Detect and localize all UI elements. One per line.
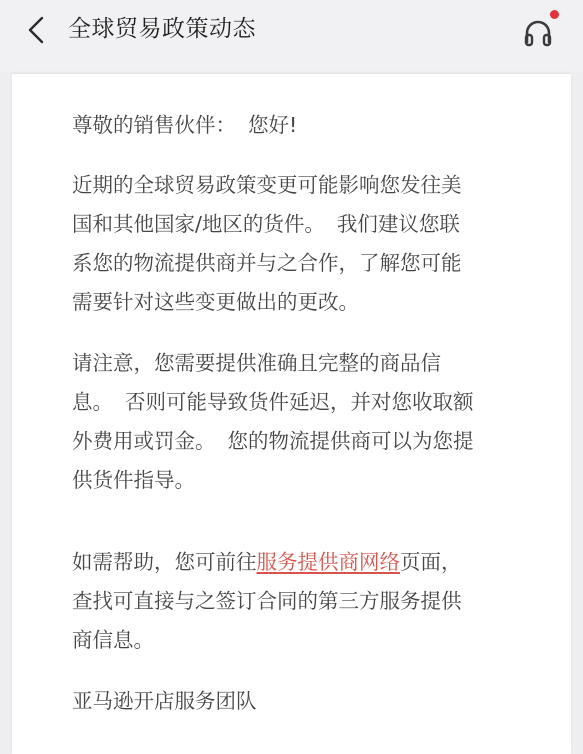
service-provider-network-link[interactable]: 服务提供商网络 xyxy=(257,550,401,574)
text-line: 近期的全球贸易政策变更可能影响您发往美 xyxy=(72,166,572,205)
text-segment: 外费用或罚金。 xyxy=(72,429,216,453)
text-segment: 息。 xyxy=(72,390,113,414)
paragraph-help: 如需帮助，您可前往服务提供商网络页面， 查找可直接与之签订合同的第三方服务提供 … xyxy=(72,543,572,660)
text-segment: 页面， xyxy=(400,550,462,574)
text-line: 外费用或罚金。您的物流提供商可以为您提 xyxy=(72,422,572,461)
text-line: 息。否则可能导致货件延迟，并对您收取额 xyxy=(72,383,572,422)
text-line: 系您的物流提供商并与之合作，了解您可能 xyxy=(72,244,572,283)
signature: 亚马逊开店服务团队 xyxy=(72,682,257,721)
text-line: 国和其他国家/地区的货件。我们建议您联 xyxy=(72,205,572,244)
text-segment: 您的物流提供商可以为您提 xyxy=(228,429,474,453)
text-line: 请注意，您需要提供准确且完整的商品信 xyxy=(72,344,572,383)
greeting-hello: 您好! xyxy=(248,113,297,137)
greeting: 尊敬的销售伙伴：您好! xyxy=(72,106,297,145)
text-segment: 国和其他国家/地区的货件。 xyxy=(72,212,325,236)
text-segment: 如需帮助，您可前往 xyxy=(72,550,257,574)
page-title: 全球贸易政策动态 xyxy=(68,12,256,46)
top-nav-bar: 全球贸易政策动态 xyxy=(0,0,583,72)
message-card: 尊敬的销售伙伴：您好! 近期的全球贸易政策变更可能影响您发往美 国和其他国家/地… xyxy=(12,74,571,740)
text-line: 需要针对这些变更做出的更改。 xyxy=(72,283,572,322)
text-segment: 否则可能导致货件延迟，并对您收取额 xyxy=(125,390,474,414)
text-line: 如需帮助，您可前往服务提供商网络页面， xyxy=(72,543,572,582)
chevron-left-icon xyxy=(22,14,54,46)
paragraph-policy-change: 近期的全球贸易政策变更可能影响您发往美 国和其他国家/地区的货件。我们建议您联 … xyxy=(72,166,572,322)
back-button[interactable] xyxy=(22,14,54,46)
customer-support-button[interactable] xyxy=(520,10,566,50)
text-segment: 我们建议您联 xyxy=(337,212,460,236)
text-line: 查找可直接与之签订合同的第三方服务提供 xyxy=(72,582,572,621)
text-line: 供货件指导。 xyxy=(72,461,572,500)
greeting-salutation: 尊敬的销售伙伴： xyxy=(72,113,236,137)
notification-dot xyxy=(550,10,559,19)
paragraph-accuracy-notice: 请注意，您需要提供准确且完整的商品信 息。否则可能导致货件延迟，并对您收取额 外… xyxy=(72,344,572,500)
text-line: 商信息。 xyxy=(72,621,572,660)
